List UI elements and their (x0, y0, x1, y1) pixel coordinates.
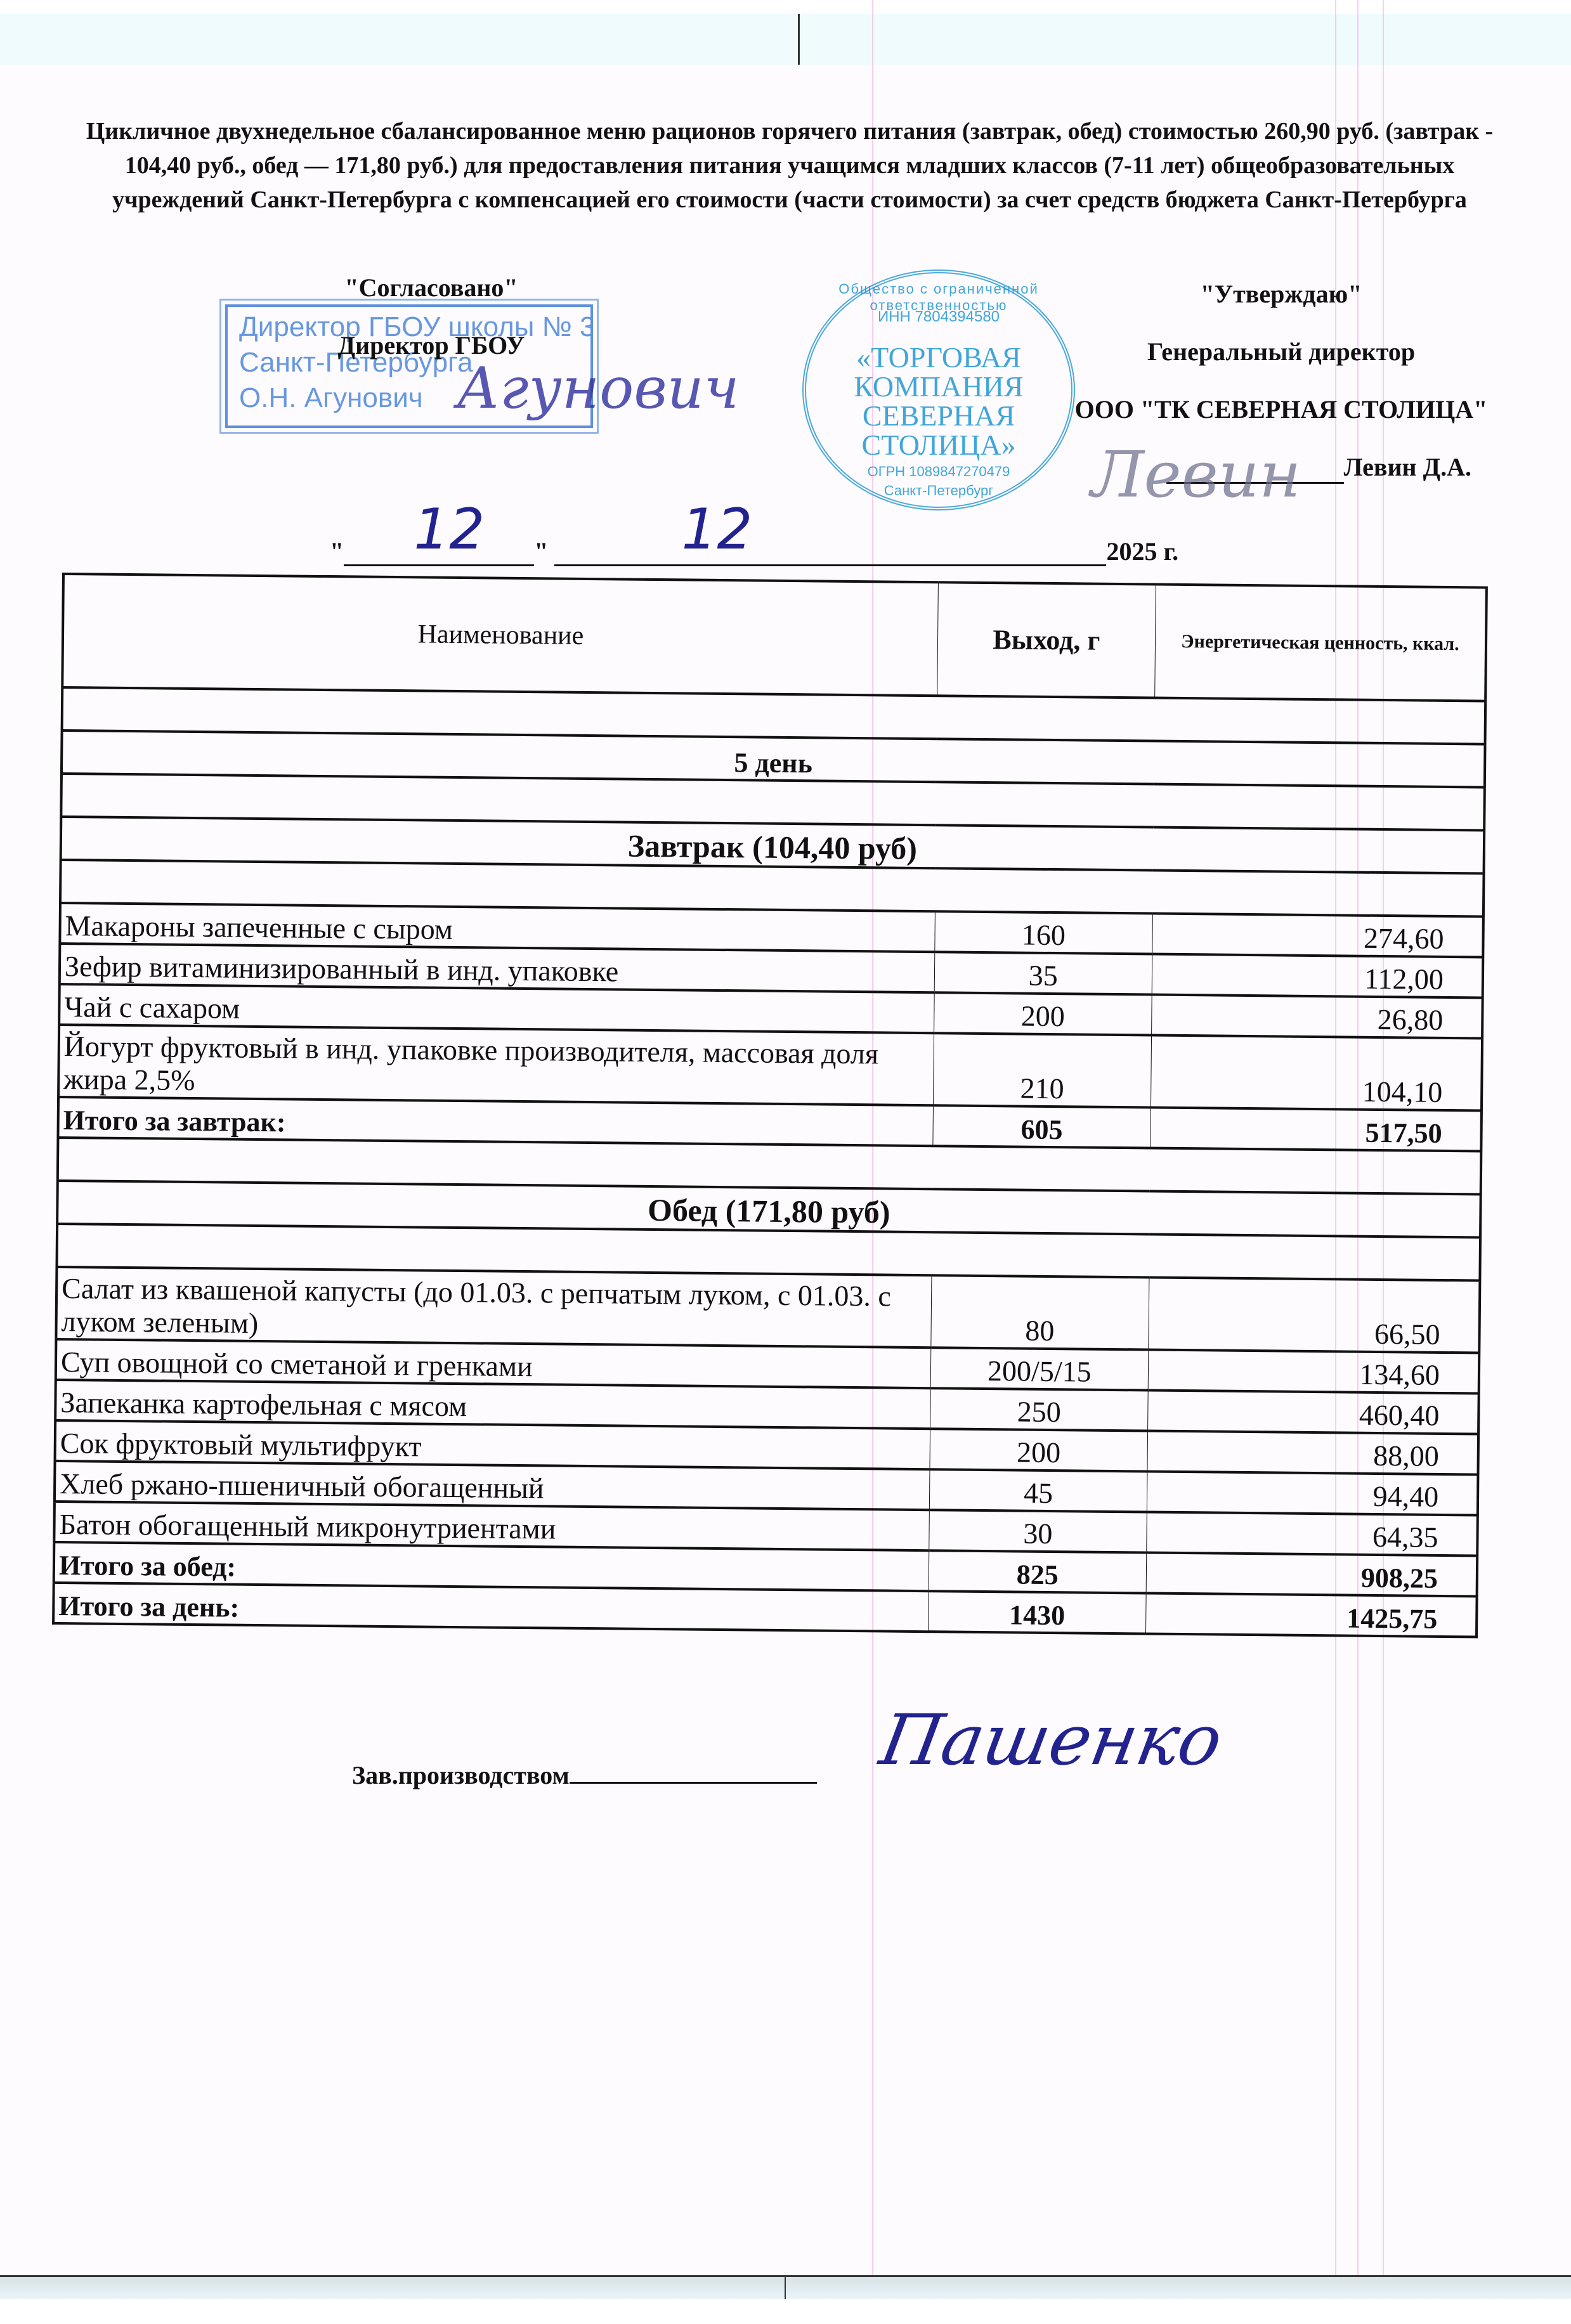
stamp-city: Санкт-Петербург (806, 483, 1071, 499)
production-manager-signature: Зав.производством (352, 1756, 817, 1790)
header-yield: Выход, г (937, 582, 1156, 698)
item-yield: 200 (934, 992, 1152, 1035)
date-month-field: 12 (554, 526, 1106, 566)
date-day-field: 12 (344, 526, 534, 566)
item-kcal: 26,80 (1152, 995, 1483, 1039)
total-label: Итого за день: (53, 1583, 929, 1632)
approval-right-company: ООО "ТК СЕВЕРНАЯ СТОЛИЦА" (1027, 394, 1535, 424)
approval-date: "12" 122025 г. (330, 526, 1178, 566)
table-row: Салат из квашеной капусты (до 01.03. с р… (56, 1267, 1480, 1353)
item-yield: 30 (929, 1510, 1147, 1552)
header-name: Наименование (62, 574, 938, 696)
approval-right-heading: "Утверждаю" (1027, 279, 1535, 309)
item-yield: 210 (933, 1033, 1151, 1107)
total-kcal: 1425,75 (1145, 1593, 1476, 1637)
signature-right: Левин (1091, 438, 1301, 512)
item-yield: 200 (930, 1429, 1148, 1471)
total-yield: 825 (929, 1550, 1147, 1593)
item-kcal: 104,10 (1151, 1035, 1482, 1111)
item-kcal: 134,60 (1148, 1349, 1479, 1393)
item-yield: 200/5/15 (930, 1347, 1149, 1390)
item-yield: 250 (930, 1388, 1148, 1431)
item-yield: 35 (934, 952, 1152, 994)
document-title: Цикличное двухнедельное сбалансированное… (82, 114, 1497, 217)
item-yield: 45 (929, 1469, 1147, 1512)
item-yield: 160 (935, 911, 1153, 954)
item-kcal: 112,00 (1152, 954, 1483, 998)
item-kcal: 64,35 (1147, 1512, 1478, 1555)
signature-production-manager: Пашенко (875, 1699, 1229, 1781)
date-day: 12 (414, 497, 485, 562)
date-quote: " (330, 536, 344, 566)
item-name: Салат из квашеной капусты (до 01.03. с р… (56, 1267, 931, 1347)
item-kcal: 66,50 (1149, 1278, 1480, 1353)
table-row: Йогурт фруктовый в инд. упаковке произво… (58, 1025, 1482, 1111)
date-month: 12 (681, 497, 752, 562)
date-quote: " (534, 536, 548, 566)
approval-right-name: Левин Д.А. (1344, 453, 1471, 481)
total-kcal: 517,50 (1151, 1108, 1482, 1152)
scan-edge-bottom (0, 2299, 1571, 2324)
item-kcal: 94,40 (1147, 1471, 1478, 1515)
item-kcal: 460,40 (1148, 1390, 1479, 1434)
total-yield: 1430 (928, 1591, 1146, 1633)
approval-right-position: Генеральный директор (1027, 337, 1535, 367)
item-yield: 80 (931, 1275, 1149, 1349)
menu-table: Наименование Выход, г Энергетическая цен… (52, 573, 1488, 1639)
total-kcal: 908,25 (1146, 1552, 1477, 1596)
header-kcal: Энергетическая ценность, ккал. (1155, 585, 1487, 701)
approval-left-heading: "Согласовано" (266, 273, 596, 302)
fold-mark-top (798, 14, 800, 65)
total-yield: 605 (933, 1105, 1151, 1148)
footer-label: Зав.производством (352, 1761, 570, 1789)
item-kcal: 88,00 (1147, 1431, 1478, 1474)
signature-line (570, 1756, 817, 1784)
item-name: Йогурт фруктовый в инд. упаковке произво… (58, 1025, 934, 1105)
item-kcal: 274,60 (1152, 914, 1483, 958)
table-header-row: Наименование Выход, г Энергетическая цен… (62, 574, 1487, 701)
signature-left: Агунович (457, 355, 740, 422)
date-year: 2025 г. (1106, 537, 1178, 566)
fold-mark-bottom (785, 2276, 786, 2301)
approval-left: "Согласовано" Директор ГБОУ (266, 273, 596, 360)
